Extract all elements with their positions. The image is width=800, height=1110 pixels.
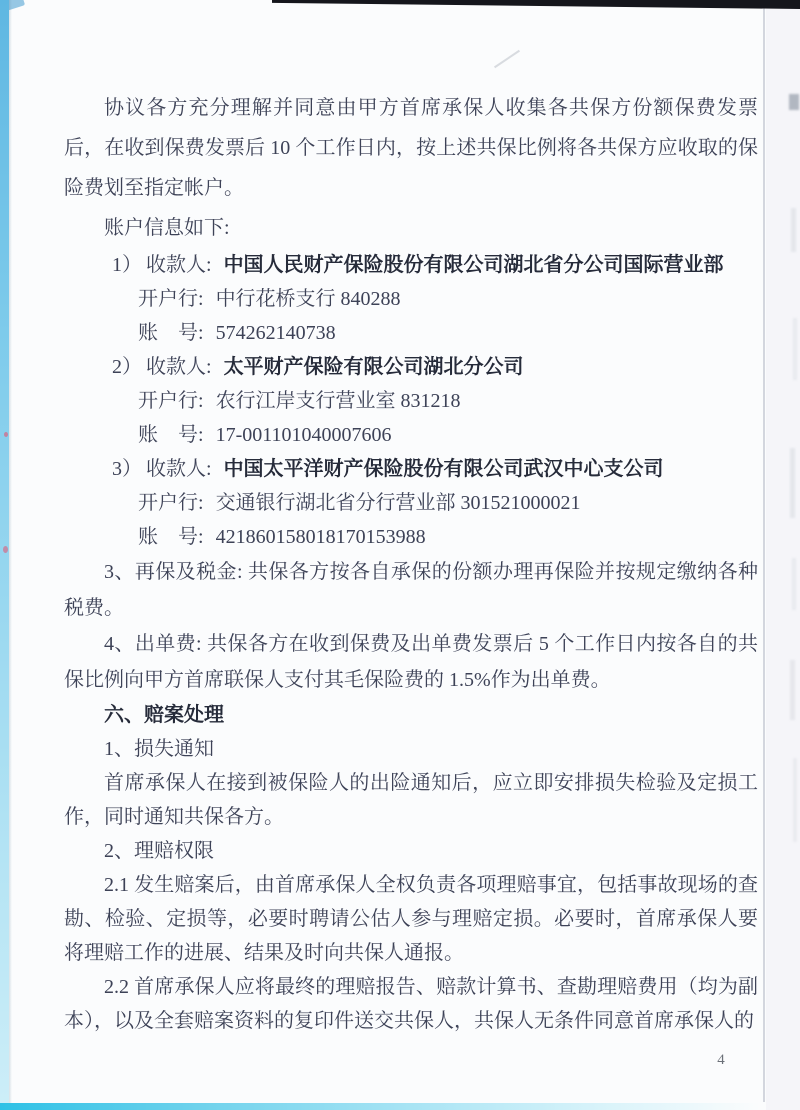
bank-line: 开户行:交通银行湖北省分行营业部 301521000021 — [64, 486, 758, 520]
payee-line: 3）收款人:中国太平洋财产保险股份有限公司武汉中心支公司 — [64, 452, 758, 486]
scan-speck — [4, 432, 8, 437]
account-number-value: 574262140738 — [216, 322, 336, 344]
account-number-label: 账 号: — [138, 424, 204, 446]
account-list: 1）收款人:中国人民财产保险股份有限公司湖北省分公司国际营业部 开户行:中行花桥… — [64, 248, 758, 554]
page-fold-band — [766, 0, 800, 1110]
subsection-heading-loss-notice: 1、损失通知 — [64, 732, 758, 766]
subsection-heading-claims-authority: 2、理赔权限 — [64, 834, 758, 868]
bank-line: 开户行:中行花桥支行 840288 — [64, 282, 758, 316]
ghost-text-mark — [793, 758, 797, 842]
ghost-text-mark — [792, 558, 796, 610]
account-entry-3: 3）收款人:中国太平洋财产保险股份有限公司武汉中心支公司 开户行:交通银行湖北省… — [64, 452, 758, 554]
bank-value: 农行江岸支行营业室 831218 — [216, 390, 461, 412]
account-number-line: 账 号:574262140738 — [64, 316, 758, 350]
account-info-heading: 账户信息如下: — [64, 208, 758, 248]
account-number-line: 账 号:17-001101040007606 — [64, 418, 758, 452]
account-number-line: 账 号:421860158018170153988 — [64, 520, 758, 554]
ghost-text-mark — [791, 208, 796, 252]
page-number: 4 — [706, 1052, 736, 1069]
paragraph-claims-2-1: 2.1 发生赔案后，由首席承保人全权负责各项理赔事宜，包括事故现场的查勘、检验、… — [64, 868, 758, 970]
scanned-document-page: 协议各方充分理解并同意由甲方首席承保人收集各共保方份额保费发票后，在收到保费发票… — [0, 0, 800, 1110]
account-number-label: 账 号: — [138, 526, 204, 548]
ghost-text-mark — [793, 318, 797, 380]
scan-bottom-edge-strip — [0, 1103, 800, 1110]
account-index: 2） — [112, 356, 142, 378]
account-number-value: 421860158018170153988 — [216, 526, 426, 548]
bank-value: 交通银行湖北省分行营业部 301521000021 — [216, 492, 581, 514]
account-number-value: 17-001101040007606 — [216, 424, 392, 446]
payee-line: 1）收款人:中国人民财产保险股份有限公司湖北省分公司国际营业部 — [64, 248, 758, 282]
paragraph-reinsurance-tax: 3、再保及税金: 共保各方按各自承保的份额办理再保险并按规定缴纳各种税费。 — [64, 554, 758, 626]
payee-name: 太平财产保险有限公司湖北分公司 — [224, 356, 524, 378]
scan-top-edge-strip — [272, 0, 800, 9]
scan-left-edge-shadow — [9, 0, 12, 1110]
paragraph-premium-transfer: 协议各方充分理解并同意由甲方首席承保人收集各共保方份额保费发票后，在收到保费发票… — [64, 88, 758, 208]
bank-label: 开户行: — [138, 390, 204, 412]
bank-line: 开户行:农行江岸支行营业室 831218 — [64, 384, 758, 418]
paragraph-loss-notice: 首席承保人在接到被保险人的出险通知后，应立即安排损失检验及定损工作，同时通知共保… — [64, 766, 758, 834]
paragraph-issuance-fee: 4、出单费: 共保各方在收到保费及出单费发票后 5 个工作日内按各自的共保比例向… — [64, 626, 758, 698]
account-number-label: 账 号: — [138, 322, 204, 344]
bank-value: 中行花桥支行 840288 — [216, 288, 401, 310]
account-entry-2: 2）收款人:太平财产保险有限公司湖北分公司 开户行:农行江岸支行营业室 8312… — [64, 350, 758, 452]
document-text-body: 协议各方充分理解并同意由甲方首席承保人收集各共保方份额保费发票后，在收到保费发票… — [64, 88, 758, 1038]
payee-label: 收款人: — [146, 458, 212, 480]
page-fold-line — [763, 6, 765, 1102]
ghost-text-mark — [789, 94, 799, 110]
scan-speck — [3, 546, 8, 553]
payee-label: 收款人: — [146, 254, 212, 276]
ghost-text-mark — [790, 448, 795, 518]
section-heading-claims: 六、赔案处理 — [64, 698, 758, 732]
account-index: 3） — [112, 458, 142, 480]
scan-left-edge-strip — [0, 0, 9, 1110]
scan-scratch-mark — [494, 50, 520, 68]
bank-label: 开户行: — [138, 492, 204, 514]
payee-name: 中国太平洋财产保险股份有限公司武汉中心支公司 — [224, 458, 664, 480]
payee-line: 2）收款人:太平财产保险有限公司湖北分公司 — [64, 350, 758, 384]
payee-name: 中国人民财产保险股份有限公司湖北省分公司国际营业部 — [224, 254, 724, 276]
ghost-text-mark — [790, 660, 795, 720]
paragraph-claims-2-2: 2.2 首席承保人应将最终的理赔报告、赔款计算书、查勘理赔费用（均为副本），以及… — [64, 970, 758, 1038]
account-entry-1: 1）收款人:中国人民财产保险股份有限公司湖北省分公司国际营业部 开户行:中行花桥… — [64, 248, 758, 350]
account-index: 1） — [112, 254, 142, 276]
bank-label: 开户行: — [138, 288, 204, 310]
payee-label: 收款人: — [146, 356, 212, 378]
